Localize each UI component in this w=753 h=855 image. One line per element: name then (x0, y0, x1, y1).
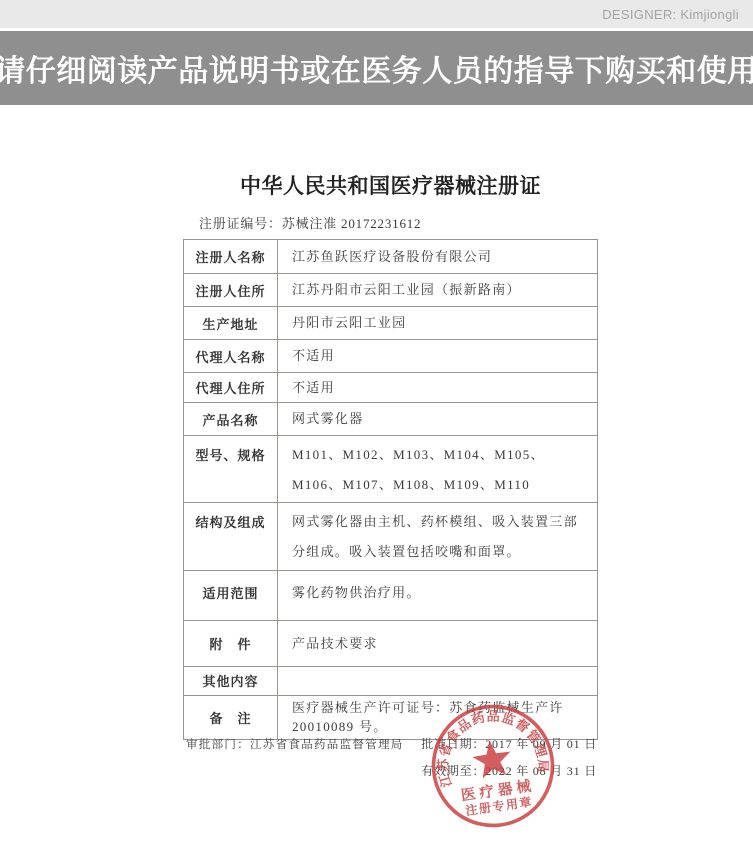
table-row-scope: 适用范围 雾化药物供治疗用。 (184, 570, 597, 620)
row-value: M101、M102、M103、M104、M105、M106、M107、M108、… (278, 436, 597, 502)
row-label: 注册人住所 (184, 274, 278, 306)
table-row-other-content: 其他内容 (184, 666, 597, 695)
row-value: 不适用 (278, 373, 597, 402)
certificate-document: 中华人民共和国医疗器械注册证 注册证编号：苏械注准 20172231612 注册… (183, 170, 598, 740)
table-row-agent-address: 代理人住所 不适用 (184, 372, 597, 402)
row-label: 其他内容 (184, 667, 278, 695)
top-strip: DESIGNER: Kimjiongli (0, 0, 753, 28)
table-row-remarks: 备 注 医疗器械生产许可证号：苏食药监械生产许 20010089 号。 (184, 695, 597, 739)
certificate-title: 中华人民共和国医疗器械注册证 (183, 170, 598, 200)
row-label: 代理人住所 (184, 373, 278, 402)
row-label: 生产地址 (184, 307, 278, 339)
stamp-line1: 医疗器械 (460, 776, 536, 804)
row-label: 适用范围 (184, 571, 278, 620)
row-label: 附 件 (184, 621, 278, 666)
warning-banner-text: 请仔细阅读产品说明书或在医务人员的指导下购买和使用 (0, 46, 753, 90)
row-label: 备 注 (184, 696, 278, 739)
row-value: 丹阳市云阳工业园 (278, 307, 597, 339)
row-label: 结构及组成 (184, 503, 278, 570)
valid-until-date: 有效期至：2022 年 08 月 31 日 (421, 762, 597, 779)
table-row-model-spec: 型号、规格 M101、M102、M103、M104、M105、M106、M107… (184, 435, 597, 502)
row-value: 医疗器械生产许可证号：苏食药监械生产许 20010089 号。 (278, 696, 597, 739)
row-value: 产品技术要求 (278, 621, 597, 666)
row-value: 网式雾化器由主机、药杯模组、吸入装置三部分组成。吸入装置包括咬嘴和面罩。 (278, 503, 597, 570)
stamp-line2: 注册专用章 (464, 794, 533, 818)
registration-number-line: 注册证编号：苏械注准 20172231612 (199, 213, 598, 232)
row-label: 型号、规格 (184, 436, 278, 502)
table-row-registrant-name: 注册人名称 江苏鱼跃医疗设备股份有限公司 (184, 240, 597, 273)
table-row-structure: 结构及组成 网式雾化器由主机、药杯模组、吸入装置三部分组成。吸入装置包括咬嘴和面… (184, 502, 597, 570)
table-row-attachment: 附 件 产品技术要求 (184, 620, 597, 666)
row-value: 江苏鱼跃医疗设备股份有限公司 (278, 240, 597, 273)
table-row-agent-name: 代理人名称 不适用 (184, 339, 597, 372)
row-value: 不适用 (278, 340, 597, 372)
table-row-product-name: 产品名称 网式雾化器 (184, 402, 597, 435)
row-value: 江苏丹阳市云阳工业园（振新路南） (278, 274, 597, 306)
row-value: 网式雾化器 (278, 403, 597, 435)
row-value: 雾化药物供治疗用。 (278, 571, 597, 620)
row-label: 代理人名称 (184, 340, 278, 372)
table-row-production-address: 生产地址 丹阳市云阳工业园 (184, 306, 597, 339)
row-value (278, 667, 597, 695)
approval-department: 审批部门：江苏省食品药品监督管理局 (186, 736, 404, 752)
warning-banner: 请仔细阅读产品说明书或在医务人员的指导下购买和使用 (0, 31, 753, 105)
approval-date: 批准日期：2017 年 09 月 01 日 (421, 735, 597, 752)
row-label: 产品名称 (184, 403, 278, 435)
table-row-registrant-address: 注册人住所 江苏丹阳市云阳工业园（振新路南） (184, 273, 597, 306)
designer-credit: DESIGNER: Kimjiongli (602, 7, 739, 22)
row-label: 注册人名称 (184, 240, 278, 273)
certificate-table: 注册人名称 江苏鱼跃医疗设备股份有限公司 注册人住所 江苏丹阳市云阳工业园（振新… (183, 239, 598, 740)
